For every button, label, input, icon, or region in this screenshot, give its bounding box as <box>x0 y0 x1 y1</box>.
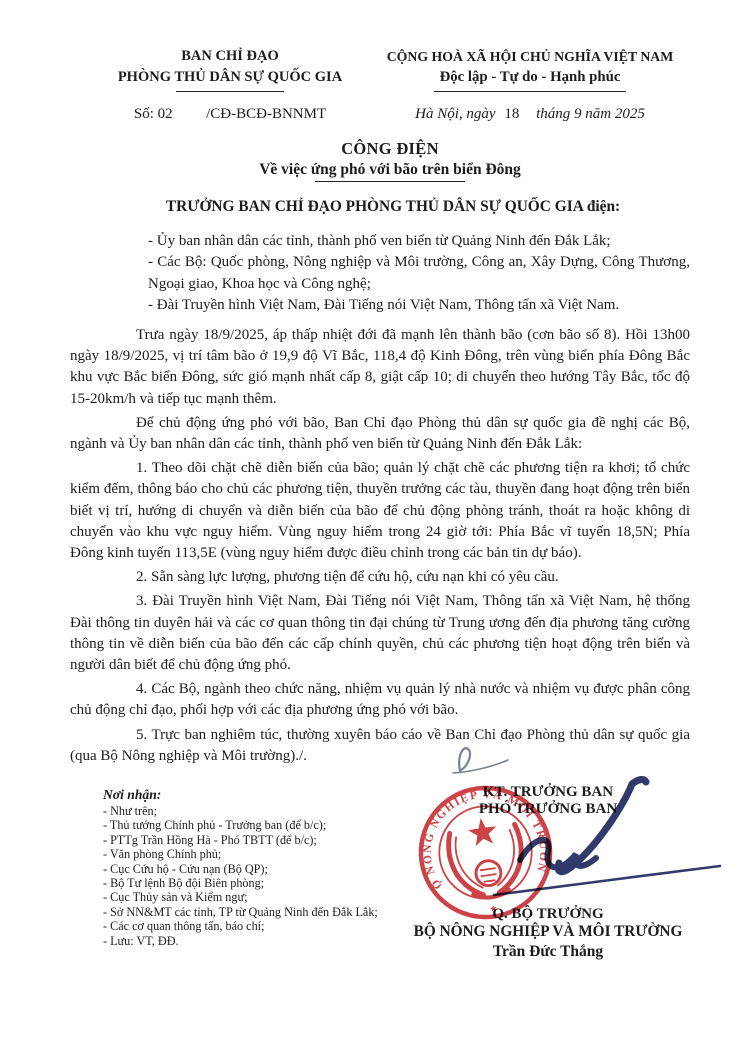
recipient-item: - Đài Truyền hình Việt Nam, Đài Tiếng nó… <box>148 295 690 316</box>
body-paragraph-item-1: 1. Theo dõi chặt chẽ diễn biến của bão; … <box>70 458 690 564</box>
body-paragraph-item-3: 3. Đài Truyền hình Việt Nam, Đài Tiếng n… <box>70 591 690 676</box>
document-number: Số: 02 /CĐ-BCĐ-BNNMT <box>70 106 390 123</box>
national-motto: Độc lập - Tự do - Hạnh phúc <box>380 67 680 88</box>
recipient-item: - Ủy ban nhân dân các tỉnh, thành phố ve… <box>148 231 690 252</box>
signer-name: Trần Đức Thắng <box>400 942 696 961</box>
distribution-item: - Cục Cứu hộ - Cứu nạn (Bộ QP); <box>103 862 433 876</box>
signature-ink <box>486 776 728 908</box>
doc-number-label: Số: <box>134 106 154 122</box>
doc-number-value: 02 <box>158 106 173 122</box>
document-subtitle: Về việc ứng phó với bão trên biển Đông <box>259 159 521 180</box>
distribution-item: - Thủ tướng Chính phủ - Trưởng ban (để b… <box>103 818 433 832</box>
body-paragraph-intro-2: Để chủ động ứng phó với bão, Ban Chỉ đạo… <box>70 413 690 455</box>
issuing-body-header: BAN CHỈ ĐẠO PHÒNG THỦ DÂN SỰ QUỐC GIA <box>70 46 390 92</box>
distribution-item: - Văn phòng Chính phủ; <box>103 847 433 861</box>
distribution-item: - Sở NN&MT các tỉnh, TP từ Quảng Ninh đế… <box>103 905 433 919</box>
salutation-line: TRƯỞNG BAN CHỈ ĐẠO PHÒNG THỦ DÂN SỰ QUỐC… <box>70 198 690 216</box>
signature-ministry-line: BỘ NÔNG NGHIỆP VÀ MÔI TRƯỜNG <box>400 923 696 941</box>
handwritten-initial-mark <box>448 740 514 780</box>
distribution-item: - Lưu: VT, ĐĐ. <box>103 934 433 948</box>
place-date-line: Hà Nội, ngày 18 tháng 9 năm 2025 <box>380 106 680 123</box>
issuing-body-line2: PHÒNG THỦ DÂN SỰ QUỐC GIA <box>70 67 390 88</box>
national-header: CỘNG HOÀ XÃ HỘI CHỦ NGHĨA VIỆT NAM Độc l… <box>380 46 680 92</box>
doc-number-code: /CĐ-BCĐ-BNNMT <box>206 106 326 122</box>
document-page: BAN CHỈ ĐẠO PHÒNG THỦ DÂN SỰ QUỐC GIA CỘ… <box>0 0 740 1047</box>
distribution-item: - Bộ Tư lệnh Bộ đội Biên phòng; <box>103 876 433 890</box>
body-paragraph-item-2: 2. Sẵn sàng lực lượng, phương tiện để cứ… <box>70 567 690 588</box>
distribution-item: - PTTg Trần Hồng Hà - Phó TBTT (để b/c); <box>103 833 433 847</box>
document-title-block: CÔNG ĐIỆN Về việc ứng phó với bão trên b… <box>20 139 740 182</box>
distribution-item: - Cục Thủy sản và Kiểm ngư; <box>103 890 433 904</box>
distribution-list: Nơi nhận: - Như trên; - Thủ tướng Chính … <box>103 786 433 948</box>
distribution-item: - Các cơ quan thông tấn, báo chí; <box>103 919 433 933</box>
document-body: Trưa ngày 18/9/2025, áp thấp nhiệt đới đ… <box>70 325 690 770</box>
distribution-item: - Như trên; <box>103 804 433 818</box>
body-paragraph-intro-1: Trưa ngày 18/9/2025, áp thấp nhiệt đới đ… <box>70 325 690 410</box>
issuing-body-line1: BAN CHỈ ĐẠO <box>70 46 390 67</box>
recipient-item: - Các Bộ: Quốc phòng, Nông nghiệp và Môi… <box>148 252 690 295</box>
body-paragraph-item-4: 4. Các Bộ, ngành theo chức năng, nhiệm v… <box>70 679 690 721</box>
place-label: Hà Nội, ngày <box>415 106 495 122</box>
issuing-body-underline <box>176 91 284 92</box>
distribution-label: Nơi nhận: <box>103 786 433 804</box>
date-month-year: tháng 9 năm 2025 <box>528 106 645 122</box>
recipient-list: - Ủy ban nhân dân các tỉnh, thành phố ve… <box>148 231 690 317</box>
document-title: CÔNG ĐIỆN <box>20 139 740 159</box>
date-day: 18 <box>499 106 524 122</box>
national-motto-underline <box>434 91 626 92</box>
national-title: CỘNG HOÀ XÃ HỘI CHỦ NGHĨA VIỆT NAM <box>380 46 680 67</box>
body-paragraph-item-5: 5. Trực ban nghiêm túc, thường xuyên báo… <box>70 725 690 767</box>
document-title-underline <box>315 181 465 182</box>
